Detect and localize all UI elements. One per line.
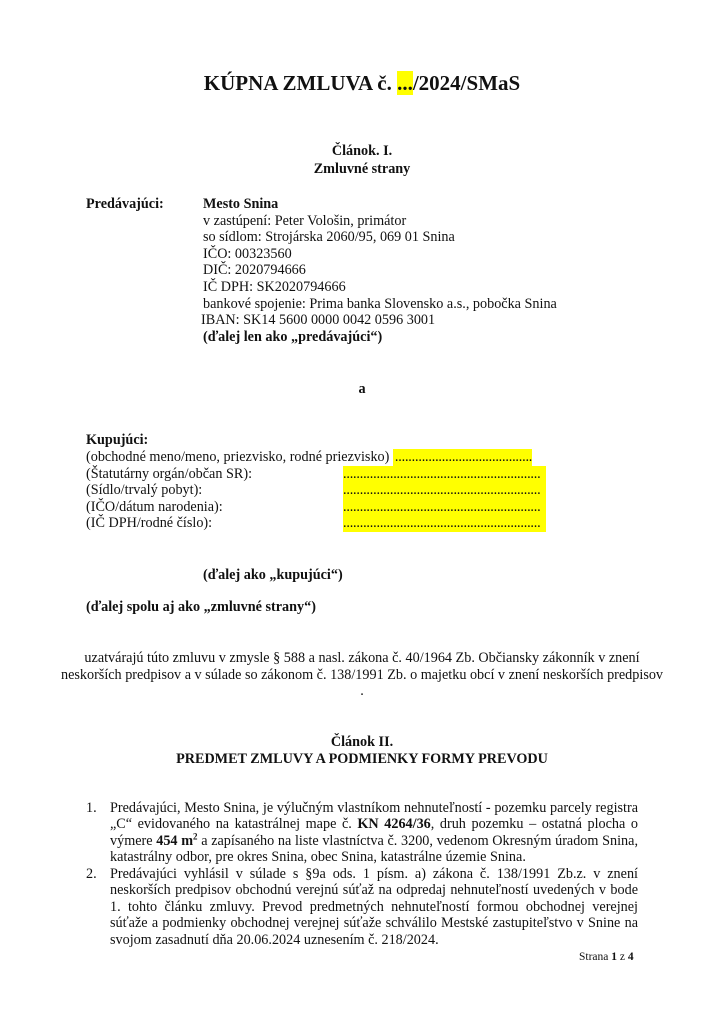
seller-alias: (ďalej len ako „predávajúci“) bbox=[203, 329, 557, 346]
article-2-heading: Článok II. bbox=[0, 734, 724, 751]
buyer-icdph-input[interactable]: ........................................… bbox=[343, 515, 546, 532]
seller-block: Mesto Snina v zastúpení: Peter Vološin, … bbox=[203, 196, 557, 345]
page-separator: z bbox=[617, 951, 628, 963]
list-item-text: Predávajúci, Mesto Snina, je výlučným vl… bbox=[110, 800, 638, 866]
seller-label: Predávajúci: bbox=[86, 196, 164, 213]
title-suffix: /2024/SMaS bbox=[413, 71, 520, 95]
buyer-statutory-input[interactable]: ........................................… bbox=[343, 466, 546, 483]
buyer-field-name: (obchodné meno/meno, priezvisko, rodné p… bbox=[86, 449, 532, 466]
buyer-address-label: (Sídlo/trvalý pobyt): bbox=[86, 482, 202, 499]
parcel-area: 454 m bbox=[156, 833, 193, 849]
list-item-number: 2. bbox=[86, 866, 97, 883]
seller-icdph: IČ DPH: SK2020794666 bbox=[203, 279, 557, 296]
seller-bank: bankové spojenie: Prima banka Slovensko … bbox=[203, 296, 557, 313]
parcel-number: KN 4264/36 bbox=[357, 816, 430, 832]
seller-name: Mesto Snina bbox=[203, 196, 557, 213]
contract-title: KÚPNA ZMLUVA č. .../2024/SMaS bbox=[0, 71, 724, 96]
buyer-name-input[interactable]: ........................................… bbox=[393, 449, 532, 466]
conjunction: a bbox=[0, 381, 724, 398]
contract-number-placeholder[interactable]: ... bbox=[397, 71, 413, 95]
page-prefix: Strana bbox=[579, 951, 611, 963]
buyer-alias: (ďalej ako „kupujúci“) bbox=[203, 567, 343, 584]
seller-ico: IČO: 00323560 bbox=[203, 246, 557, 263]
buyer-label: Kupujúci: bbox=[86, 432, 148, 449]
buyer-ico-label: (IČO/dátum narodenia): bbox=[86, 499, 223, 516]
seller-representative: v zastúpení: Peter Vološin, primátor bbox=[203, 213, 557, 230]
preamble-paragraph: uzatvárajú túto zmluvu v zmysle § 588 a … bbox=[60, 650, 664, 700]
article-1-subheading: Zmluvné strany bbox=[0, 161, 724, 178]
page-indicator: Strana 1 z 4 bbox=[579, 951, 634, 963]
page-total: 4 bbox=[628, 951, 634, 963]
list-item-number: 1. bbox=[86, 800, 97, 817]
buyer-address-input[interactable]: ........................................… bbox=[343, 482, 546, 499]
list-item-2: 2. Predávajúci vyhlásil v súlade s §9a o… bbox=[0, 866, 724, 956]
buyer-icdph-label: (IČ DPH/rodné číslo): bbox=[86, 515, 212, 532]
seller-iban: IBAN: SK14 5600 0000 0042 0596 3001 bbox=[201, 312, 557, 329]
buyer-name-label: (obchodné meno/meno, priezvisko, rodné p… bbox=[86, 449, 389, 465]
seller-address: so sídlom: Strojárska 2060/95, 069 01 Sn… bbox=[203, 229, 557, 246]
buyer-ico-input[interactable]: ........................................… bbox=[343, 499, 546, 516]
list-item-1: 1. Predávajúci, Mesto Snina, je výlučným… bbox=[0, 800, 724, 870]
article-1-heading: Článok. I. bbox=[0, 143, 724, 160]
article-2-subheading: PREDMET ZMLUVY A PODMIENKY FORMY PREVODU bbox=[0, 751, 724, 768]
title-prefix: KÚPNA ZMLUVA č. bbox=[204, 71, 397, 95]
list-item-text: Predávajúci vyhlásil v súlade s §9a ods.… bbox=[110, 866, 638, 948]
parties-alias: (ďalej spolu aj ako „zmluvné strany“) bbox=[86, 599, 316, 616]
buyer-statutory-label: (Štatutárny orgán/občan SR): bbox=[86, 466, 252, 483]
seller-dic: DIČ: 2020794666 bbox=[203, 262, 557, 279]
